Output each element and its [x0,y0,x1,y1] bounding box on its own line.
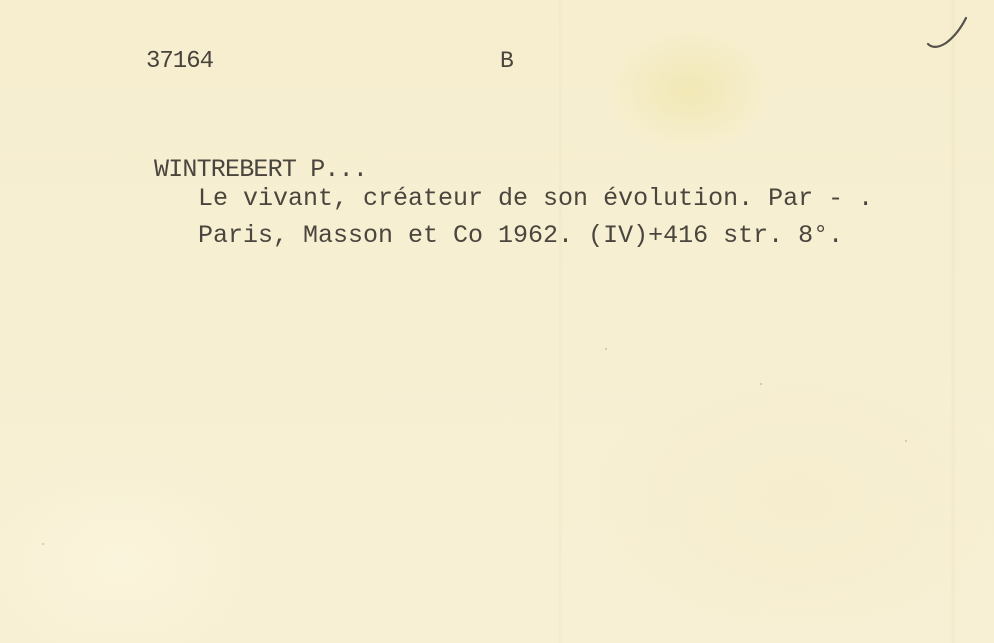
paper-speck [905,440,907,442]
imprint-statement: Paris, Masson et Co 1962. (IV)+416 str. … [198,223,843,248]
location-mark: B [500,50,514,73]
paper-speck [42,543,44,545]
paper-speck [605,348,607,350]
call-number: 37164 [146,50,213,74]
paper-speck [760,383,762,385]
checkmark-icon [924,14,970,56]
title-statement: Le vivant, créateur de son évolution. Pa… [198,186,873,211]
author-heading: WINTREBERT P... [154,157,367,182]
catalog-card: 37164 B WINTREBERT P... Le vivant, créat… [0,0,994,643]
